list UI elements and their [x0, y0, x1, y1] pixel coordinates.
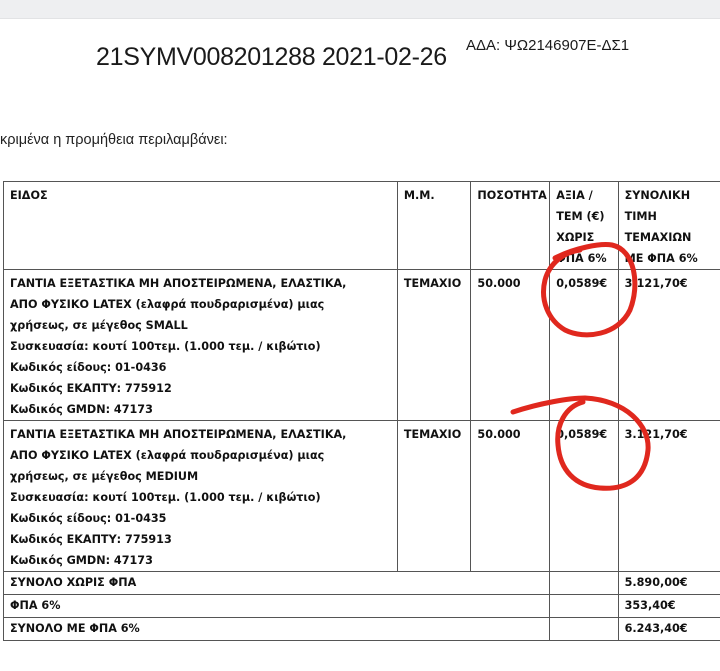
item-unit-price: 0,0589€	[550, 270, 618, 421]
summary-value: 6.243,40€	[618, 618, 720, 641]
summary-spacer	[550, 595, 618, 618]
summary-row-subtotal: ΣΥΝΟΛΟ ΧΩΡΙΣ ΦΠΑ 5.890,00€	[4, 572, 720, 595]
summary-label: ΣΥΝΟΛΟ ΧΩΡΙΣ ΦΠΑ	[4, 572, 550, 595]
items-table: ΕΙΔΟΣ Μ.Μ. ΠΟΣΟΤΗΤΑ ΑΞΙΑ / ΤΕΜ (€) ΧΩΡΙΣ…	[3, 181, 720, 641]
item-total: 3.121,70€	[618, 421, 720, 572]
summary-value: 5.890,00€	[618, 572, 720, 595]
header-quantity: ΠΟΣΟΤΗΤΑ	[471, 182, 550, 270]
header-description: ΕΙΔΟΣ	[4, 182, 398, 270]
header-unit-price: ΑΞΙΑ / ΤΕΜ (€) ΧΩΡΙΣ ΦΠΑ 6%	[550, 182, 618, 270]
ada-code: ΑΔΑ: ΨΩ2146907Ε-ΔΣ1	[466, 37, 629, 54]
viewer-top-bar	[0, 0, 720, 19]
header-unit: Μ.Μ.	[397, 182, 471, 270]
item-unit: ΤΕΜΑΧΙΟ	[397, 270, 471, 421]
item-total: 3.121,70€	[618, 270, 720, 421]
intro-text: κριμένα η προμήθεια περιλαμβάνει:	[0, 132, 228, 148]
item-description: ΓΑΝΤΙΑ ΕΞΕΤΑΣΤΙΚΑ ΜΗ ΑΠΟΣΤΕΙΡΩΜΕΝΑ, ΕΛΑΣ…	[4, 421, 398, 572]
item-quantity: 50.000	[471, 421, 550, 572]
table-row: ΓΑΝΤΙΑ ΕΞΕΤΑΣΤΙΚΑ ΜΗ ΑΠΟΣΤΕΙΡΩΜΕΝΑ, ΕΛΑΣ…	[4, 421, 720, 572]
summary-spacer	[550, 618, 618, 641]
item-unit: ΤΕΜΑΧΙΟ	[397, 421, 471, 572]
summary-value: 353,40€	[618, 595, 720, 618]
summary-label: ΦΠΑ 6%	[4, 595, 550, 618]
item-unit-price: 0,0589€	[550, 421, 618, 572]
document-id-title: 21SYMV008201288 2021-02-26	[96, 43, 447, 72]
item-quantity: 50.000	[471, 270, 550, 421]
summary-spacer	[550, 572, 618, 595]
item-description: ΓΑΝΤΙΑ ΕΞΕΤΑΣΤΙΚΑ ΜΗ ΑΠΟΣΤΕΙΡΩΜΕΝΑ, ΕΛΑΣ…	[4, 270, 398, 421]
table-header-row: ΕΙΔΟΣ Μ.Μ. ΠΟΣΟΤΗΤΑ ΑΞΙΑ / ΤΕΜ (€) ΧΩΡΙΣ…	[4, 182, 720, 270]
summary-label: ΣΥΝΟΛΟ ΜΕ ΦΠΑ 6%	[4, 618, 550, 641]
header-total: ΣΥΝΟΛΙΚΗ ΤΙΜΗ ΤΕΜΑΧΙΩΝ ΜΕ ΦΠΑ 6%	[618, 182, 720, 270]
table-row: ΓΑΝΤΙΑ ΕΞΕΤΑΣΤΙΚΑ ΜΗ ΑΠΟΣΤΕΙΡΩΜΕΝΑ, ΕΛΑΣ…	[4, 270, 720, 421]
summary-row-total: ΣΥΝΟΛΟ ΜΕ ΦΠΑ 6% 6.243,40€	[4, 618, 720, 641]
summary-row-vat: ΦΠΑ 6% 353,40€	[4, 595, 720, 618]
